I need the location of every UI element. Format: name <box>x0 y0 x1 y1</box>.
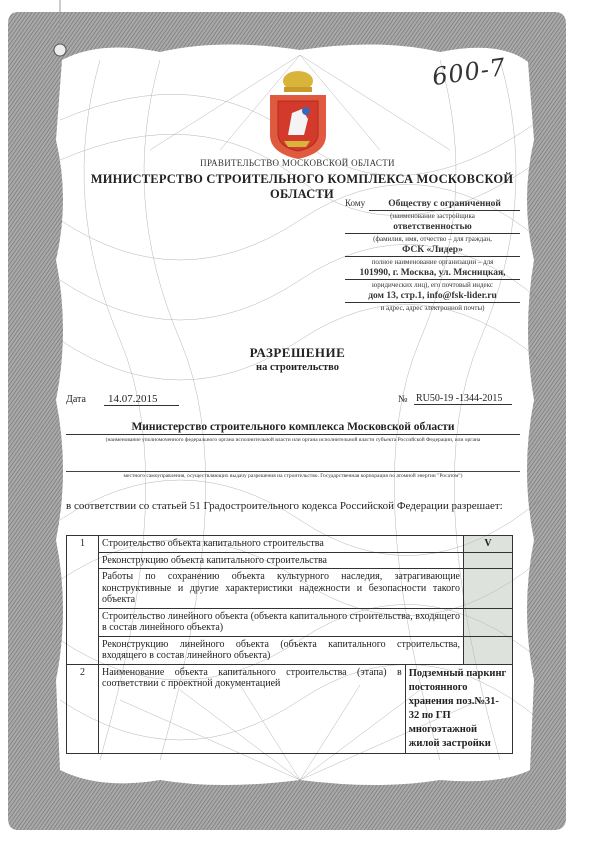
permit-type-mark <box>464 608 513 636</box>
recipient-line-2: ответственностью <box>345 222 520 234</box>
recipient-line-3: ФСК «Лидер» <box>345 245 520 257</box>
document-title: РАЗРЕШЕНИЕ <box>0 345 595 361</box>
issuing-authority-note-continued: местного самоуправления, осуществляющих … <box>66 471 520 479</box>
permit-type-text: Строительство линейного объекта (объекта… <box>99 608 464 636</box>
table-row: Реконструкцию линейного объекта (объекта… <box>67 636 513 664</box>
recipient-block: Кому Обществу с ограниченной (наименован… <box>345 198 520 314</box>
recipient-line-4: 101990, г. Москва, ул. Мясницкая, <box>345 268 520 280</box>
permit-number: RU50-19 -1344-2015 <box>414 393 512 405</box>
permit-table: 1 Строительство объекта капитального стр… <box>66 535 513 754</box>
number-label: № <box>398 394 408 405</box>
legal-basis-text: в соответствии со статьей 51 Градостроит… <box>66 500 520 512</box>
table-row: 1 Строительство объекта капитального стр… <box>67 536 513 553</box>
permit-type-text: Работы по сохранению объекта культурного… <box>99 569 464 609</box>
permit-type-mark: V <box>464 536 513 553</box>
issuing-authority-note: (наименование уполномоченного федерально… <box>66 436 520 444</box>
government-heading: ПРАВИТЕЛЬСТВО МОСКОВСКОЙ ОБЛАСТИ <box>0 158 595 168</box>
object-name-label: Наименование объекта капитального строит… <box>99 664 406 753</box>
issuing-authority: Министерство строительного комплекса Мос… <box>66 421 520 435</box>
permit-type-text: Реконструкцию объекта капитального строи… <box>99 552 464 569</box>
recipient-note-1: (наименование застройщика <box>345 211 520 222</box>
document-subtitle: на строительство <box>0 362 595 373</box>
permit-page: 600-7 ПРАВИТЕЛЬСТВО МОСКОВСКОЙ ОБЛАСТИ М… <box>0 0 595 842</box>
recipient-note-4: юридических лиц), его почтовый индекс <box>345 280 520 291</box>
recipient-note-2: (фамилия, имя, отчество – для граждан, <box>345 234 520 245</box>
date-label: Дата <box>66 394 86 405</box>
moscow-oblast-coat-of-arms-icon <box>262 65 334 161</box>
object-name-value: Подземный паркинг постоянного хранения п… <box>405 664 512 753</box>
recipient-label: Кому <box>345 198 365 209</box>
table-row: Реконструкцию объекта капитального строи… <box>67 552 513 569</box>
recipient-note-3: полное наименование организации – для <box>345 257 520 268</box>
row-number: 2 <box>67 664 99 753</box>
date-value: 14.07.2015 <box>104 393 179 406</box>
permit-type-mark <box>464 636 513 664</box>
recipient-note-5: и адрес, адрес электронной почты) <box>345 303 520 314</box>
permit-type-text: Строительство объекта капитального строи… <box>99 536 464 553</box>
permit-type-text: Реконструкцию линейного объекта (объекта… <box>99 636 464 664</box>
permit-type-mark <box>464 552 513 569</box>
table-row: Строительство линейного объекта (объекта… <box>67 608 513 636</box>
permit-type-mark <box>464 569 513 609</box>
recipient-line-5: дом 13, стр.1, info@fsk-lider.ru <box>345 291 520 303</box>
recipient-line-1: Обществу с ограниченной <box>369 199 520 211</box>
table-row: 2 Наименование объекта капитального стро… <box>67 664 513 753</box>
row-number: 1 <box>67 536 99 665</box>
table-row: Работы по сохранению объекта культурного… <box>67 569 513 609</box>
